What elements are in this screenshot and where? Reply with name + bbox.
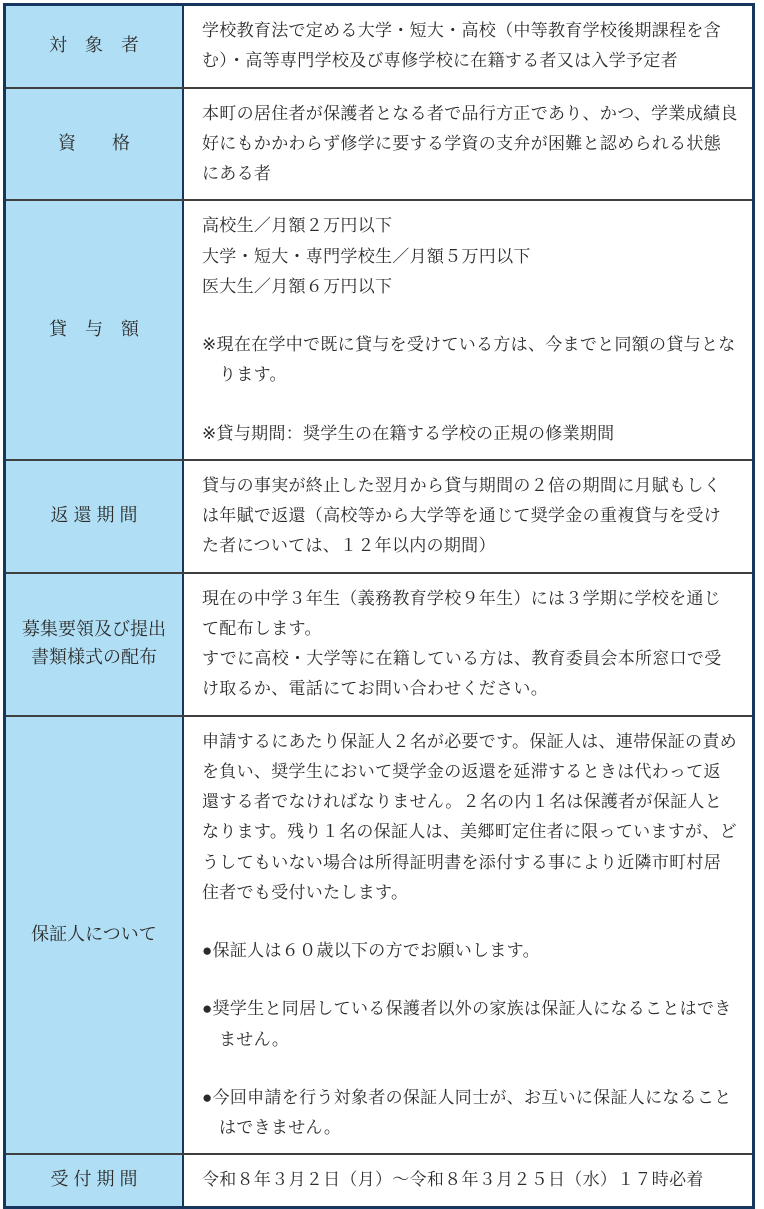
row-content-boshu-yoryo: 現在の中学３年生（義務教育学校９年生）には３学期に学校を通じて配布します。 すで… <box>184 574 752 715</box>
table-row-taiyogaku: 貸 与 額 高校生／月額２万円以下 大学・短大・専門学校生／月額５万円以下 医大… <box>6 201 752 461</box>
row-header-shikaku: 資 格 <box>6 89 184 200</box>
row-content-hoshonin: 申請するにあたり保証人２名が必要です。保証人は、連帯保証の責めを負い、奨学生にお… <box>184 717 752 1048</box>
paragraph: 学校教育法で定める大学・短大・高校（中等教育学校後期課程を含む）・高等専門学校及… <box>202 16 738 77</box>
note-paragraph: ※貸与期間：奨学生の在籍する学校の正規の修業期間 <box>202 419 738 449</box>
row-header-henkan-kikan: 返 還 期 間 <box>6 461 184 572</box>
row-content-taishousha: 学校教育法で定める大学・短大・高校（中等教育学校後期課程を含む）・高等専門学校及… <box>184 6 752 87</box>
row-header-hoshonin: 保証人について <box>6 717 184 1048</box>
paragraph: 現在の中学３年生（義務教育学校９年生）には３学期に学校を通じて配布します。 <box>202 584 738 645</box>
table-row-boshu-yoryo: 募集要領及び提出 書類様式の配布 現在の中学３年生（義務教育学校９年生）には３学… <box>6 574 752 717</box>
row-content-taiyogaku: 高校生／月額２万円以下 大学・短大・専門学校生／月額５万円以下 医大生／月額６万… <box>184 201 752 459</box>
row-header-label: 募集要領及び提出 書類様式の配布 <box>22 616 166 672</box>
paragraph: 申請するにあたり保証人２名が必要です。保証人は、連帯保証の責めを負い、奨学生にお… <box>202 727 738 909</box>
table-row-henkan-kikan: 返 還 期 間 貸与の事実が終止した翌月から貸与期間の２倍の期間に月賦もしくは年… <box>6 461 752 574</box>
table-row-shikaku: 資 格 本町の居住者が保護者となる者で品行方正であり、かつ、学業成績良好にもかか… <box>6 89 752 202</box>
paragraph: 貸与の事実が終止した翌月から貸与期間の２倍の期間に月賦もしくは年賦で返還（高校等… <box>202 471 738 562</box>
row-header-label: 対 象 者 <box>49 32 139 60</box>
row-header-boshu-yoryo: 募集要領及び提出 書類様式の配布 <box>6 574 184 715</box>
table-row-taishousha: 対 象 者 学校教育法で定める大学・短大・高校（中等教育学校後期課程を含む）・高… <box>6 6 752 89</box>
row-header-label: 資 格 <box>58 130 130 158</box>
row-header-label: 返 還 期 間 <box>50 502 137 530</box>
paragraph: 本町の居住者が保護者となる者で品行方正であり、かつ、学業成績良好にもかかわらず修… <box>202 99 738 190</box>
row-header-label: 貸 与 額 <box>49 316 139 344</box>
scholarship-info-table: 対 象 者 学校教育法で定める大学・短大・高校（中等教育学校後期課程を含む）・高… <box>3 3 755 1047</box>
note-paragraph: ※現在在学中で既に貸与を受けている方は、今までと同額の貸与となります。 <box>202 330 738 391</box>
row-content-henkan-kikan: 貸与の事実が終止した翌月から貸与期間の２倍の期間に月賦もしくは年賦で返還（高校等… <box>184 461 752 572</box>
row-header-taishousha: 対 象 者 <box>6 6 184 87</box>
paragraph: 高校生／月額２万円以下 大学・短大・専門学校生／月額５万円以下 医大生／月額６万… <box>202 211 738 302</box>
row-content-shikaku: 本町の居住者が保護者となる者で品行方正であり、かつ、学業成績良好にもかかわらず修… <box>184 89 752 200</box>
bullet-paragraph: ●奨学生と同居している保護者以外の家族は保証人になることはできません。 <box>202 994 738 1047</box>
paragraph: すでに高校・大学等に在籍している方は、教育委員会本所窓口で受け取るか、電話にてお… <box>202 644 738 705</box>
row-header-label: 保証人について <box>31 921 157 949</box>
row-header-taiyogaku: 貸 与 額 <box>6 201 184 459</box>
table-row-hoshonin: 保証人について 申請するにあたり保証人２名が必要です。保証人は、連帯保証の責めを… <box>6 717 752 1048</box>
bullet-paragraph: ●保証人は６０歳以下の方でお願いします。 <box>202 936 738 966</box>
